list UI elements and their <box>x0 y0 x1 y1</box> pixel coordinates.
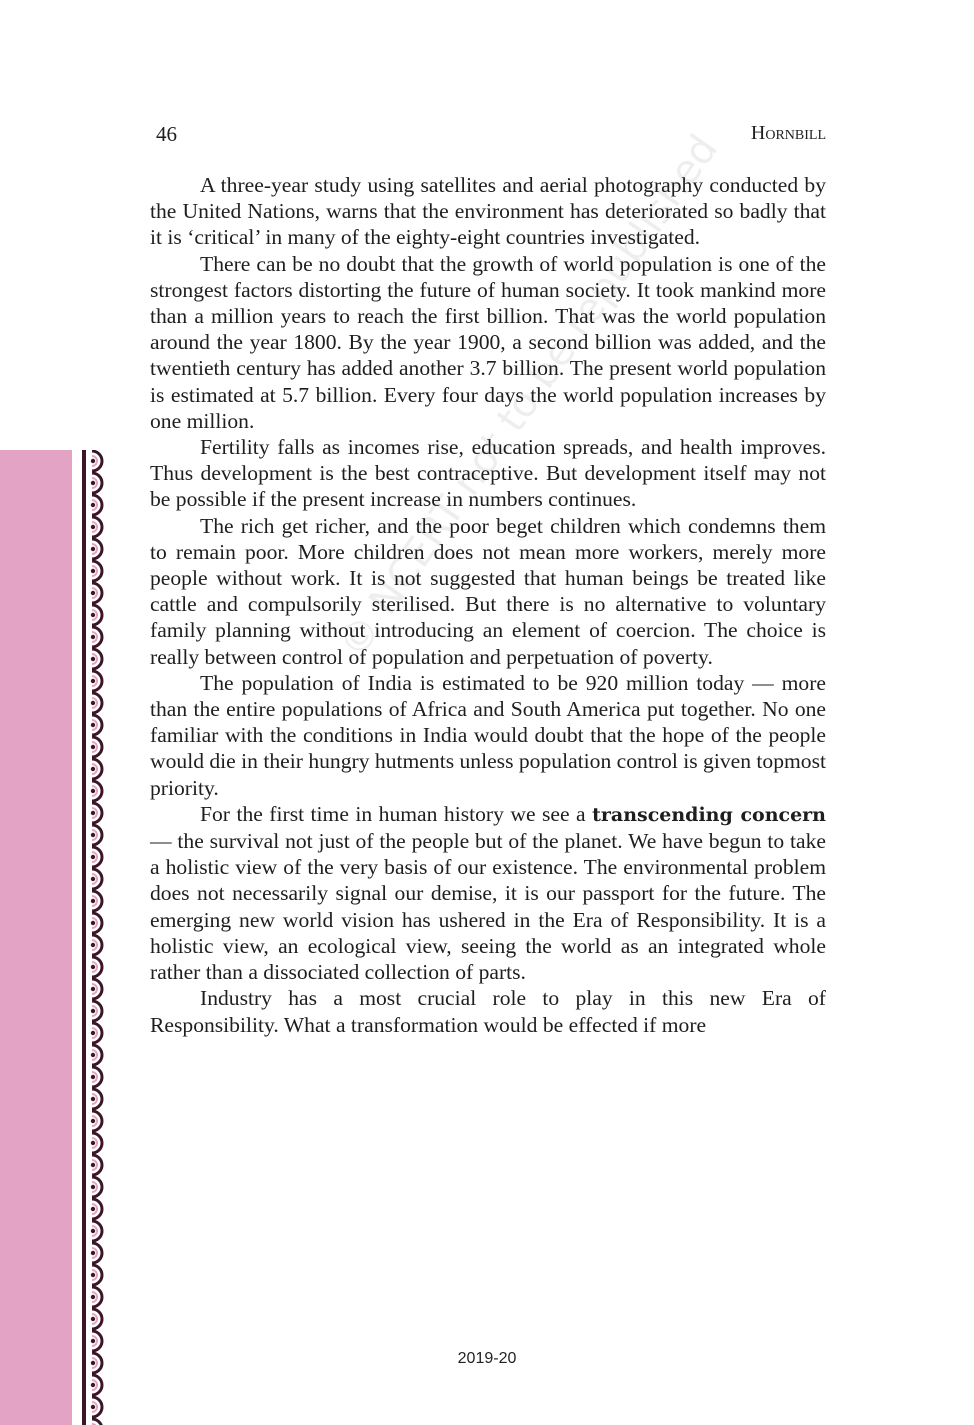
paragraph: Fertility falls as incomes rise, educati… <box>150 434 826 513</box>
decorative-scallop-border-icon <box>88 450 114 1425</box>
paragraph: The population of India is estimated to … <box>150 670 826 801</box>
paragraph-text: For the first time in human history we s… <box>200 802 592 826</box>
decorative-side-strip <box>0 450 72 1425</box>
paragraph: A three-year study using satellites and … <box>150 172 826 251</box>
page-number: 46 <box>156 122 177 147</box>
body-text: A three-year study using satellites and … <box>150 172 826 1038</box>
paragraph: There can be no doubt that the growth of… <box>150 251 826 434</box>
paragraph: The rich get richer, and the poor beget … <box>150 513 826 670</box>
decorative-border-line <box>82 450 86 1425</box>
paragraph: Industry has a most crucial role to play… <box>150 985 826 1037</box>
book-title: Hornbill <box>751 122 826 145</box>
page-footer-year: 2019-20 <box>0 1350 974 1368</box>
highlighted-term: transcending concern <box>592 804 826 826</box>
paragraph: For the first time in human history we s… <box>150 801 826 985</box>
paragraph-text: — the survival not just of the people bu… <box>150 829 826 984</box>
